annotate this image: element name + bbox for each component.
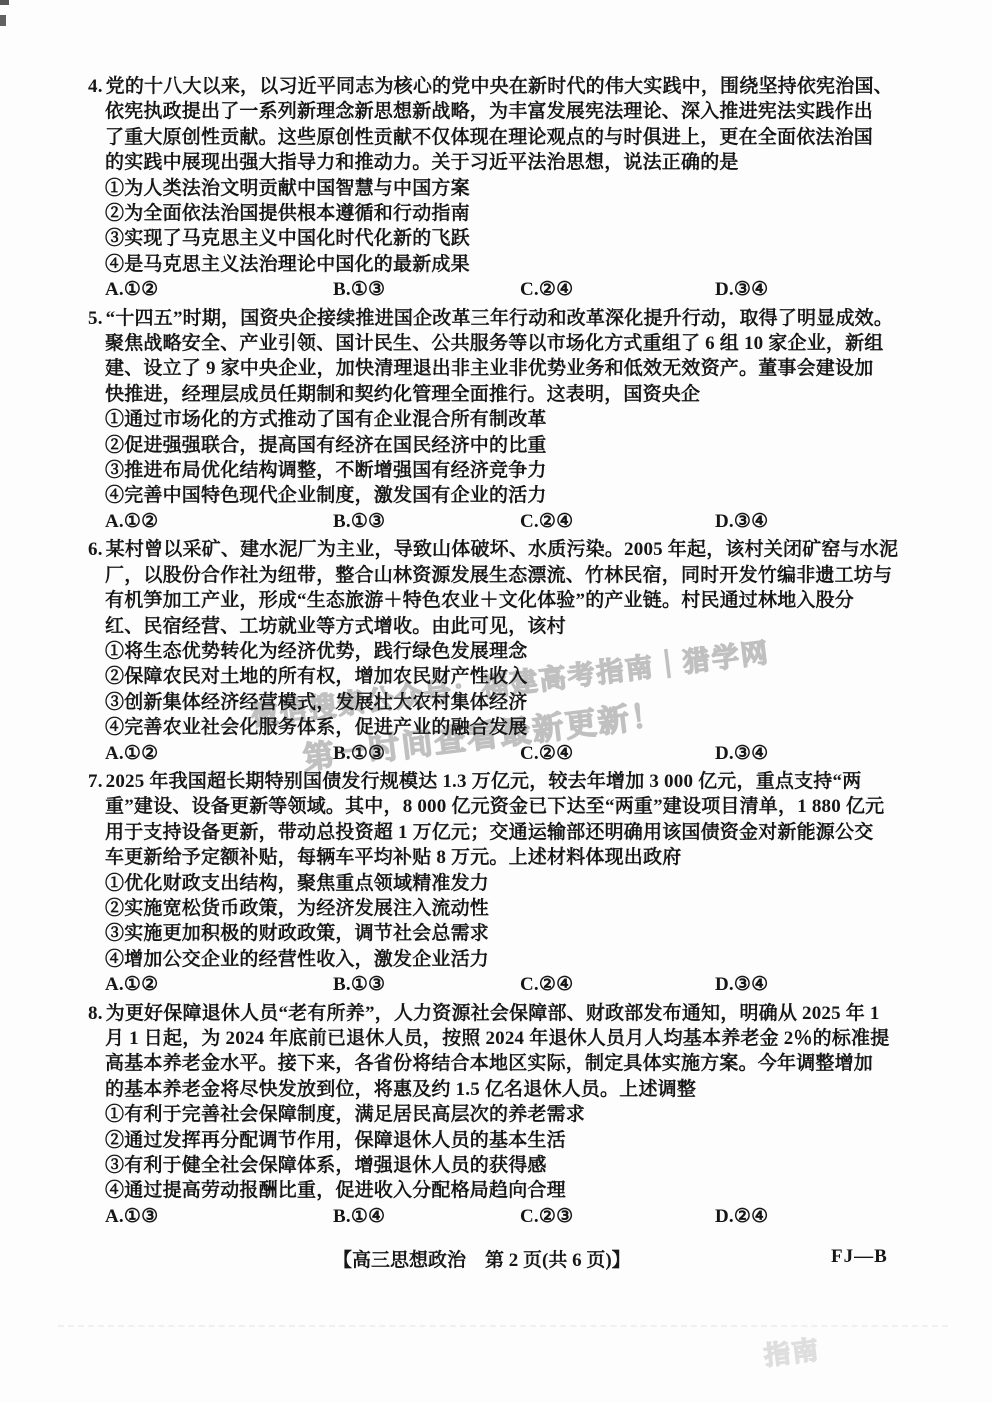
question-option-1: ①通过市场化的方式推动了国有企业混合所有制改革 — [105, 407, 910, 432]
scan-artifact — [0, 15, 6, 26]
answer-choice-a: A.①② — [105, 509, 158, 534]
question-body-line: 依宪执政提出了一系列新理念新思想新战略，为丰富发展宪法理论、深入推进宪法实践作出 — [105, 99, 910, 124]
answer-row: A.①③ B.①④ C.②③ D.②④ — [105, 1204, 910, 1229]
question-body-line: 的实践中展现出强大指导力和推动力。关于习近平法治思想，说法正确的是 — [105, 150, 910, 175]
question-option-3: ③推进布局优化结构调整，不断增强国有经济竞争力 — [105, 458, 910, 483]
question-body-line: 厂，以股份合作社为纽带，整合山林资源发展生态漂流、竹林民宿，同时开发竹编非遗工坊… — [105, 563, 910, 588]
question-body-line: 车更新给予定额补贴，每辆车平均补贴 8 万元。上述材料体现出政府 — [105, 845, 910, 870]
question-5: 5.“十四五”时期，国资央企接续推进国企改革三年行动和改革深化提升行动，取得了明… — [88, 306, 910, 535]
answer-choice-a: A.①② — [105, 277, 158, 302]
question-text: 为更好保障退休人员“老有所养”，人力资源社会保障部、财政部发布通知，明确从 20… — [106, 1003, 880, 1024]
question-body-line: 红、民宿经营、工坊就业等方式增收。由此可见，该村 — [105, 614, 910, 639]
answer-choice-a: A.①② — [105, 741, 158, 766]
question-body-line: 6.某村曾以采矿、建水泥厂为主业，导致山体破坏、水质污染。2005 年起，该村关… — [88, 537, 910, 562]
question-option-2: ②保障农民对土地的所有权，增加农民财产性收入 — [105, 664, 910, 689]
question-body-line: 聚焦战略安全、产业引领、国计民生、公共服务等以市场化方式重组了 6 组 10 家… — [105, 331, 910, 356]
answer-choice-d: D.③④ — [715, 277, 768, 302]
question-body-line: 7.2025 年我国超长期特别国债发行规模达 1.3 万亿元，较去年增加 3 0… — [88, 769, 910, 794]
question-option-3: ③实施更加积极的财政政策，调节社会总需求 — [105, 921, 910, 946]
question-body-line: 8.为更好保障退休人员“老有所养”，人力资源社会保障部、财政部发布通知，明确从 … — [88, 1001, 910, 1026]
question-option-4: ④通过提高劳动报酬比重，促进收入分配格局趋向合理 — [105, 1178, 910, 1203]
question-body-line: 月 1 日起，为 2024 年底前已退休人员，按照 2024 年退休人员月人均基… — [105, 1026, 910, 1051]
question-option-1: ①为人类法治文明贡献中国智慧与中国方案 — [105, 176, 910, 201]
question-option-2: ②促进强强联合，提高国有经济在国民经济中的比重 — [105, 433, 910, 458]
answer-choice-d: D.③④ — [715, 972, 768, 997]
question-option-1: ①有利于完善社会保障制度，满足居民高层次的养老需求 — [105, 1102, 910, 1127]
question-body-line: 建、设立了 9 家中央企业，加快清理退出非主业非优势业务和低效无效资产。董事会建… — [105, 356, 910, 381]
question-text: 某村曾以采矿、建水泥厂为主业，导致山体破坏、水质污染。2005 年起，该村关闭矿… — [106, 539, 899, 560]
question-body-line: 5.“十四五”时期，国资央企接续推进国企改革三年行动和改革深化提升行动，取得了明… — [88, 306, 910, 331]
answer-choice-c: C.②④ — [520, 972, 573, 997]
answer-choice-c: C.②④ — [520, 509, 573, 534]
questions-block: 4.党的十八大以来，以习近平同志为核心的党中央在新时代的伟大实践中，围绕坚持依宪… — [88, 74, 910, 1232]
question-option-4: ④完善中国特色现代企业制度，激发国有企业的活力 — [105, 483, 910, 508]
question-number: 6. — [88, 539, 103, 560]
answer-choice-b: B.①③ — [333, 277, 385, 302]
answer-choice-c: C.②④ — [520, 277, 573, 302]
paper-code: FJ—B — [831, 1246, 888, 1268]
answer-choice-d: D.②④ — [715, 1204, 768, 1229]
question-option-4: ④增加公交企业的经营性收入，激发企业活力 — [105, 947, 910, 972]
question-body-line: 4.党的十八大以来，以习近平同志为核心的党中央在新时代的伟大实践中，围绕坚持依宪… — [88, 74, 910, 99]
question-option-1: ①将生态优势转化为经济优势，践行绿色发展理念 — [105, 639, 910, 664]
answer-row: A.①② B.①③ C.②④ D.③④ — [105, 277, 910, 302]
question-option-2: ②为全面依法治国提供根本遵循和行动指南 — [105, 201, 910, 226]
answer-row: A.①② B.①③ C.②④ D.③④ — [105, 509, 910, 534]
question-6: 6.某村曾以采矿、建水泥厂为主业，导致山体破坏、水质污染。2005 年起，该村关… — [88, 537, 910, 766]
page-footer-title: 【高三思想政治 第 2 页(共 6 页)】 — [333, 1245, 631, 1272]
question-option-3: ③创新集体经济经营模式，发展壮大农村集体经济 — [105, 690, 910, 715]
answer-row: A.①② B.①③ C.②④ D.③④ — [105, 741, 910, 766]
question-option-2: ②通过发挥再分配调节作用，保障退休人员的基本生活 — [105, 1128, 910, 1153]
question-option-1: ①优化财政支出结构，聚焦重点领域精准发力 — [105, 871, 910, 896]
question-option-4: ④完善农业社会化服务体系，促进产业的融合发展 — [105, 715, 910, 740]
scan-fold-line — [58, 1325, 948, 1327]
answer-choice-b: B.①③ — [333, 509, 385, 534]
question-body-line: 用于支持设备更新，带动总投资超 1 万亿元；交通运输部还明确用该国债资金对新能源… — [105, 820, 910, 845]
question-option-2: ②实施宽松货币政策，为经济发展注入流动性 — [105, 896, 910, 921]
question-text: 2025 年我国超长期特别国债发行规模达 1.3 万亿元，较去年增加 3 000… — [106, 771, 862, 792]
question-body-line: 高基本养老金水平。接下来，各省份将结合本地区实际，制定具体实施方案。今年调整增加 — [105, 1051, 910, 1076]
question-body-line: 快推进，经理层成员任期制和契约化管理全面推行。这表明，国资央企 — [105, 382, 910, 407]
answer-choice-a: A.①② — [105, 972, 158, 997]
question-4: 4.党的十八大以来，以习近平同志为核心的党中央在新时代的伟大实践中，围绕坚持依宪… — [88, 74, 910, 303]
question-option-4: ④是马克思主义法治理论中国化的最新成果 — [105, 252, 910, 277]
answer-choice-b: B.①④ — [333, 1204, 385, 1229]
scan-artifact — [0, 0, 9, 5]
question-text: 党的十八大以来，以习近平同志为核心的党中央在新时代的伟大实践中，围绕坚持依宪治国… — [106, 76, 893, 97]
exam-paper-page: 微信搜索公众号：福建高考指南｜猎学网 第一时间查看最新更新！ 指南 4.党的十八… — [0, 0, 992, 1403]
answer-choice-a: A.①③ — [105, 1204, 158, 1229]
answer-choice-b: B.①③ — [333, 741, 385, 766]
question-body-line: 了重大原创性贡献。这些原创性贡献不仅体现在理论观点的与时俱进上，更在全面依法治国 — [105, 125, 910, 150]
question-number: 8. — [88, 1003, 103, 1024]
answer-choice-c: C.②④ — [520, 741, 573, 766]
answer-choice-c: C.②③ — [520, 1204, 573, 1229]
answer-row: A.①② B.①③ C.②④ D.③④ — [105, 972, 910, 997]
question-text: “十四五”时期，国资央企接续推进国企改革三年行动和改革深化提升行动，取得了明显成… — [106, 308, 893, 329]
question-number: 7. — [88, 771, 103, 792]
answer-choice-d: D.③④ — [715, 509, 768, 534]
question-number: 5. — [88, 308, 103, 329]
question-option-3: ③有利于健全社会保障体系，增强退休人员的获得感 — [105, 1153, 910, 1178]
question-8: 8.为更好保障退休人员“老有所养”，人力资源社会保障部、财政部发布通知，明确从 … — [88, 1001, 910, 1230]
question-body-line: 的基本养老金将尽快发放到位，将惠及约 1.5 亿名退休人员。上述调整 — [105, 1077, 910, 1102]
question-option-3: ③实现了马克思主义中国化时代化新的飞跃 — [105, 226, 910, 251]
answer-choice-d: D.③④ — [715, 741, 768, 766]
question-body-line: 重”建设、设备更新等领域。其中，8 000 亿元资金已下达至“两重”建设项目清单… — [105, 794, 910, 819]
question-number: 4. — [88, 76, 103, 97]
question-7: 7.2025 年我国超长期特别国债发行规模达 1.3 万亿元，较去年增加 3 0… — [88, 769, 910, 998]
watermark-fragment: 指南 — [762, 1329, 822, 1373]
question-body-line: 有机笋加工产业，形成“生态旅游＋特色农业＋文化体验”的产业链。村民通过林地入股分 — [105, 588, 910, 613]
answer-choice-b: B.①③ — [333, 972, 385, 997]
